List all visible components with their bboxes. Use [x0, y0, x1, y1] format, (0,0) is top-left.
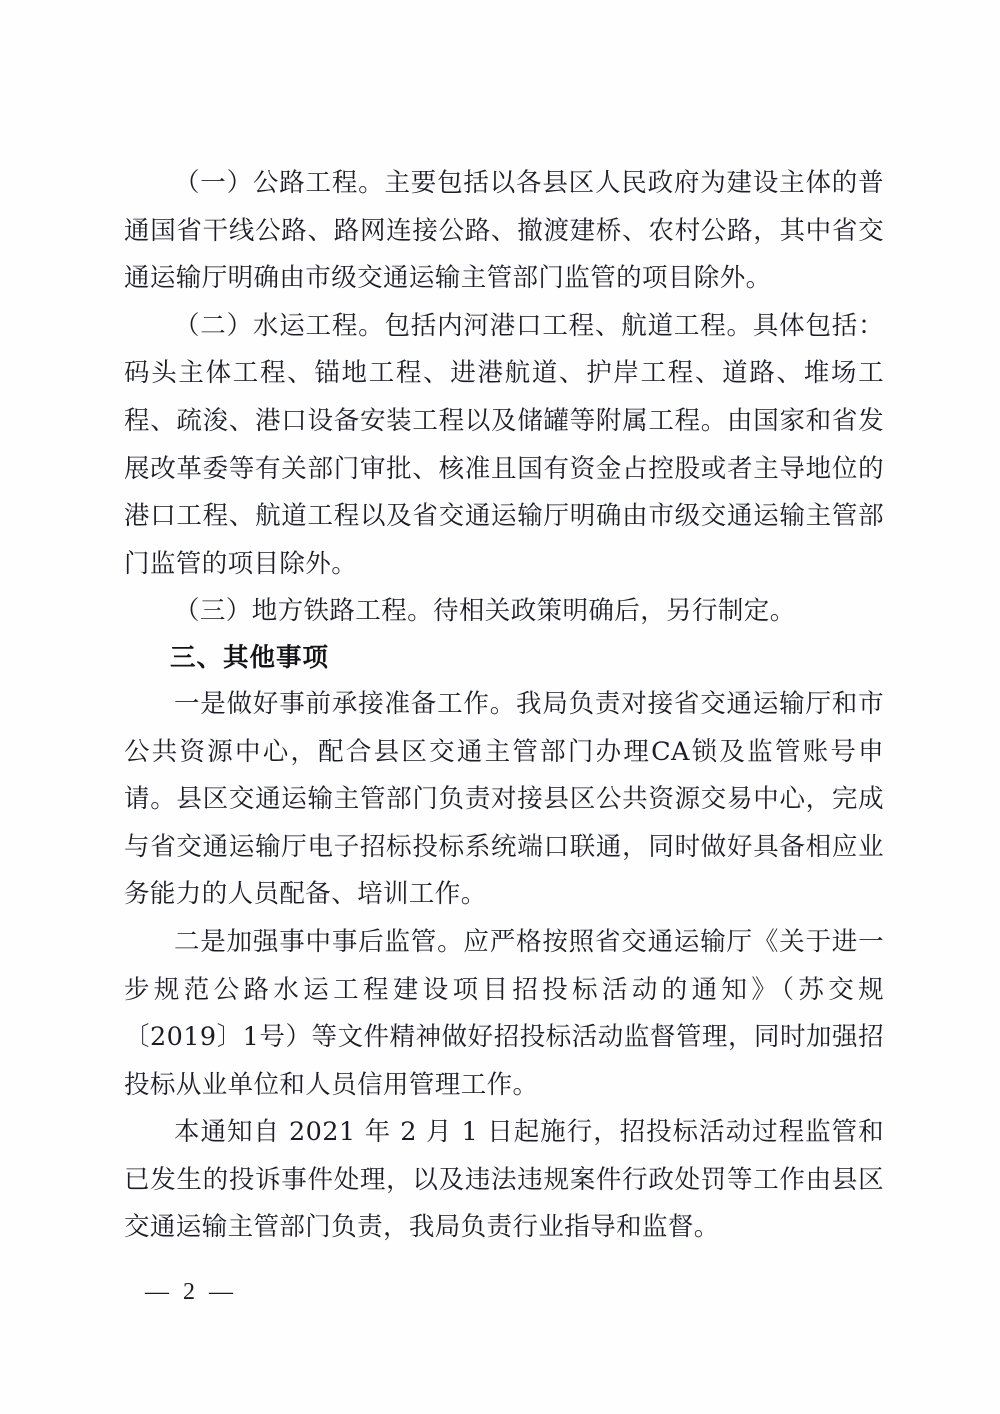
paragraph-waterway-engineering: （二）水运工程。包括内河港口工程、航道工程。具体包括：码头主体工程、锚地工程、进… [124, 303, 884, 589]
paragraph-railway-engineering: （三）地方铁路工程。待相关政策明确后，另行制定。 [124, 588, 884, 636]
document-page: （一）公路工程。主要包括以各县区人民政府为建设主体的普通国省干线公路、路网连接公… [0, 0, 1000, 1414]
paragraph-preparation: 一是做好事前承接准备工作。我局负责对接省交通运输厅和市公共资源中心，配合县区交通… [124, 681, 884, 919]
page-number: — 2 — [145, 1277, 237, 1307]
paragraph-effective-date: 本通知自 2021 年 2 月 1 日起施行，招投标活动过程监管和已发生的投诉事… [124, 1109, 884, 1252]
section-heading-other-matters: 三、其他事项 [124, 636, 884, 681]
document-body: （一）公路工程。主要包括以各县区人民政府为建设主体的普通国省干线公路、路网连接公… [124, 160, 884, 1252]
paragraph-highway-engineering: （一）公路工程。主要包括以各县区人民政府为建设主体的普通国省干线公路、路网连接公… [124, 160, 884, 303]
paragraph-supervision: 二是加强事中事后监管。应严格按照省交通运输厅《关于进一步规范公路水运工程建设项目… [124, 919, 884, 1109]
